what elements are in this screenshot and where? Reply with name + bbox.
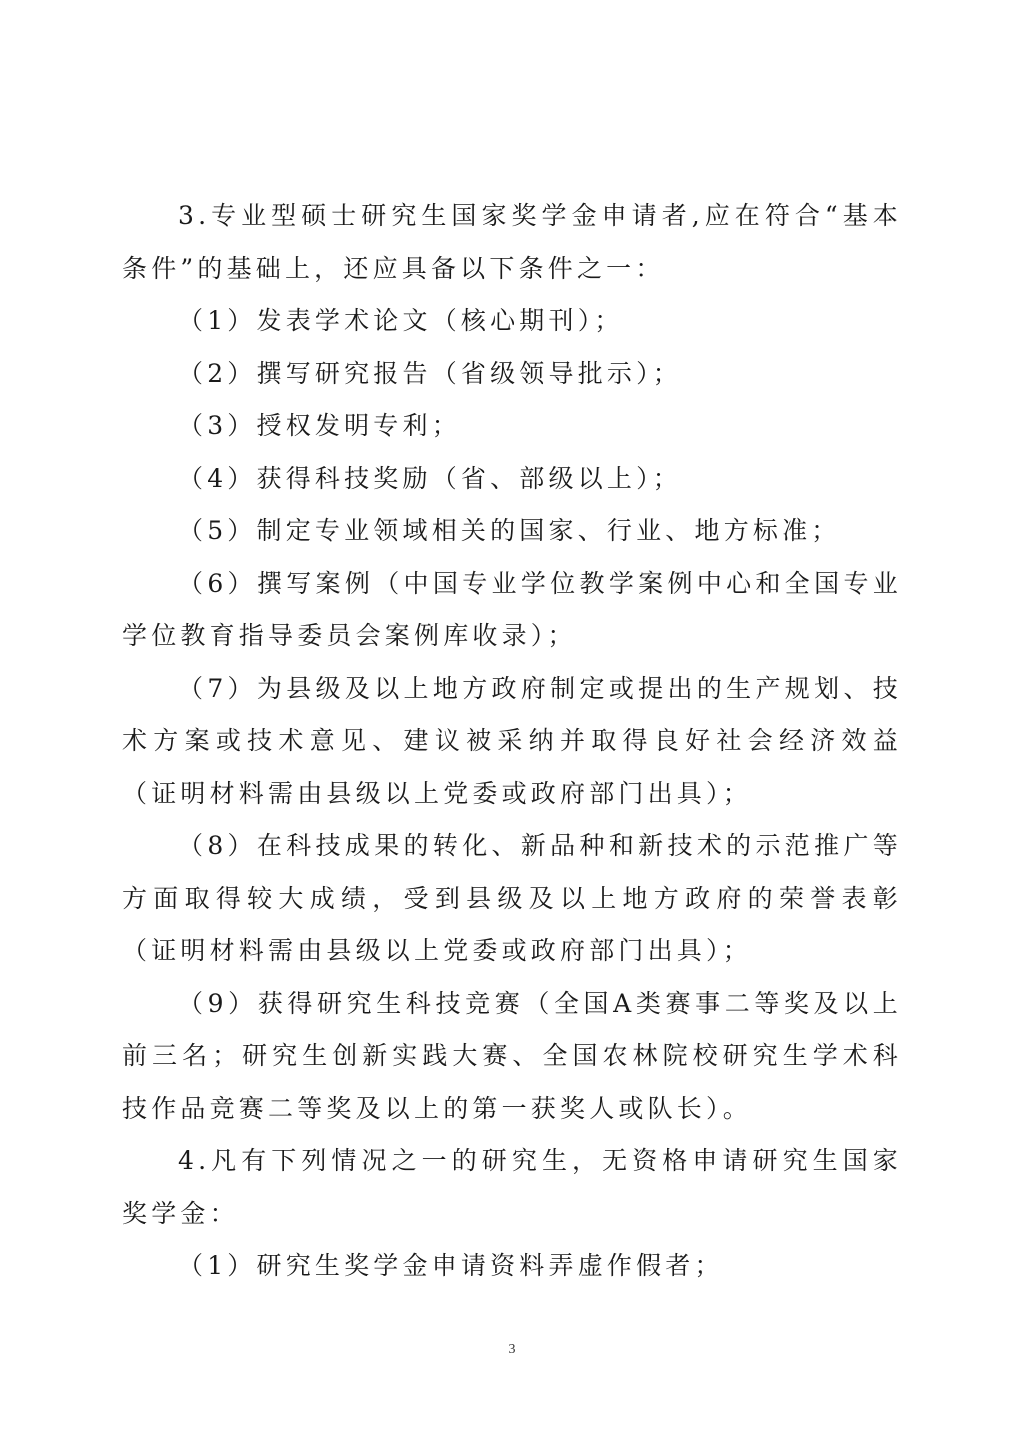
document-body: 3.专业型硕士研究生国家奖学金申请者,应在符合“基本条件”的基础上，还应具备以下… (122, 190, 902, 1293)
list-item-condition-8: （8）在科技成果的转化、新品种和新技术的示范推广等方面取得较大成绩，受到县级及以… (122, 820, 902, 978)
list-item-condition-4: （4）获得科技奖励（省、部级以上）； (122, 453, 902, 506)
list-item-condition-1: （1）发表学术论文（核心期刊）； (122, 295, 902, 348)
list-item-condition-5: （5）制定专业领域相关的国家、行业、地方标准； (122, 505, 902, 558)
list-item-condition-2: （2）撰写研究报告（省级领导批示）； (122, 348, 902, 401)
page-number: 3 (0, 1342, 1024, 1358)
list-item-condition-7: （7）为县级及以上地方政府制定或提出的生产规划、技术方案或技术意见、建议被采纳并… (122, 663, 902, 821)
document-page: 3.专业型硕士研究生国家奖学金申请者,应在符合“基本条件”的基础上，还应具备以下… (0, 0, 1024, 1448)
list-item-condition-9: （9）获得研究生科技竞赛（全国A类赛事二等奖及以上前三名；研究生创新实践大赛、全… (122, 978, 902, 1136)
paragraph-section-3-intro: 3.专业型硕士研究生国家奖学金申请者,应在符合“基本条件”的基础上，还应具备以下… (122, 190, 902, 295)
paragraph-section-4-intro: 4.凡有下列情况之一的研究生，无资格申请研究生国家奖学金： (122, 1135, 902, 1240)
list-item-condition-3: （3）授权发明专利； (122, 400, 902, 453)
list-item-condition-6: （6）撰写案例（中国专业学位教学案例中心和全国专业学位教育指导委员会案例库收录）… (122, 558, 902, 663)
list-item-disqualification-1: （1）研究生奖学金申请资料弄虚作假者； (122, 1240, 902, 1293)
